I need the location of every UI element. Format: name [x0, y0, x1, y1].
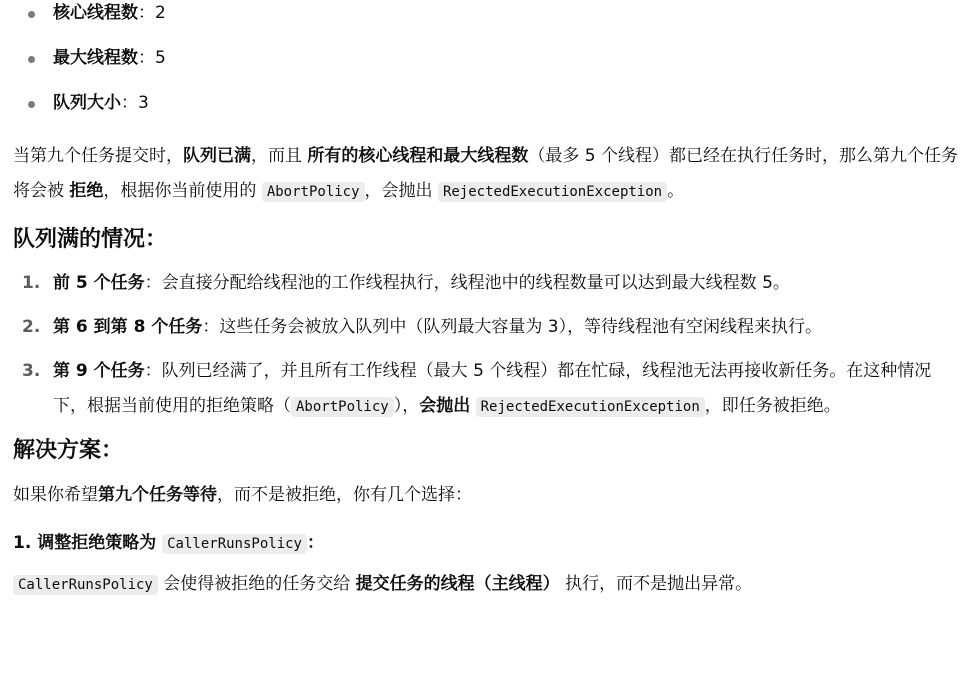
inline-code: RejectedExecutionException — [476, 397, 705, 417]
bold-text: 第 9 个任务 — [53, 361, 145, 381]
inline-code: RejectedExecutionException — [438, 182, 667, 202]
bold-text: 拒绝 — [69, 181, 103, 201]
config-label: 核心线程数 — [53, 3, 138, 23]
inline-code: AbortPolicy — [291, 397, 394, 417]
bold-text: 所有的核心线程和最大线程数 — [307, 146, 528, 166]
document: 核心线程数：2 最大线程数：5 队列大小：3 当第九个任务提交时，队列已满，而且… — [0, 0, 964, 603]
item-number: 3. — [22, 354, 40, 389]
inline-code: AbortPolicy — [262, 182, 365, 202]
text: ：会直接分配给线程池的工作线程执行，线程池中的线程数量可以达到最大线程数 5。 — [145, 273, 790, 293]
list-item: 队列大小：3 — [13, 90, 964, 135]
separator: ： — [121, 93, 138, 113]
text: ： — [307, 533, 324, 553]
config-value: 3 — [138, 93, 149, 113]
text: ，会抛出 — [365, 181, 438, 201]
text: ，即任务被拒绝。 — [705, 396, 841, 416]
text: 当第九个任务提交时， — [13, 146, 183, 166]
item-number: 1. — [22, 266, 40, 301]
text: ：这些任务会被放入队列中（队列最大容量为 3），等待线程池有空闲线程来执行。 — [202, 317, 822, 337]
option-description: CallerRunsPolicy 会使得被拒绝的任务交给 提交任务的线程（主线程… — [13, 567, 964, 603]
separator: ： — [138, 3, 155, 23]
text: 执行，而不是抛出异常。 — [560, 574, 752, 594]
queue-full-steps: 1.前 5 个任务：会直接分配给线程池的工作线程执行，线程池中的线程数量可以达到… — [13, 266, 964, 425]
item-number: 2. — [22, 310, 40, 345]
inline-code: CallerRunsPolicy — [162, 534, 307, 554]
section-heading-queue-full: 队列满的情况： — [13, 223, 964, 257]
list-item: 2.第 6 到第 8 个任务：这些任务会被放入队列中（队列最大容量为 3），等待… — [13, 310, 964, 345]
bold-text: 提交任务的线程（主线程） — [356, 574, 560, 594]
separator: ： — [138, 48, 155, 68]
text: 会使得被拒绝的任务交给 — [158, 574, 356, 594]
text: 如果你希望 — [13, 485, 98, 505]
bold-text: 前 5 个任务 — [53, 273, 145, 293]
text: ，根据你当前使用的 — [103, 181, 261, 201]
list-item: 核心线程数：2 — [13, 0, 964, 45]
list-item: 1.前 5 个任务：会直接分配给线程池的工作线程执行，线程池中的线程数量可以达到… — [13, 266, 964, 301]
list-item: 最大线程数：5 — [13, 45, 964, 90]
bold-text: 会抛出 — [419, 396, 470, 416]
text: 。 — [667, 181, 684, 201]
text: 1. 调整拒绝策略为 — [13, 533, 162, 553]
section-heading-solution: 解决方案： — [13, 434, 964, 468]
config-value: 5 — [155, 48, 166, 68]
bold-text: 队列已满 — [183, 146, 251, 166]
text: ，而不是被拒绝，你有几个选择： — [217, 485, 472, 505]
option-heading: 1. 调整拒绝策略为 CallerRunsPolicy： — [13, 528, 964, 559]
config-label: 队列大小 — [53, 93, 121, 113]
inline-code: CallerRunsPolicy — [13, 575, 158, 595]
solution-intro: 如果你希望第九个任务等待，而不是被拒绝，你有几个选择： — [13, 478, 964, 513]
bold-text: 第 6 到第 8 个任务 — [53, 317, 202, 337]
list-item: 3.第 9 个任务：队列已经满了，并且所有工作线程（最大 5 个线程）都在忙碌，… — [13, 354, 964, 425]
intro-paragraph: 当第九个任务提交时，队列已满，而且 所有的核心线程和最大线程数（最多 5 个线程… — [13, 139, 964, 210]
config-list: 核心线程数：2 最大线程数：5 队列大小：3 — [13, 0, 964, 135]
text: ，而且 — [251, 146, 307, 166]
bold-text: 第九个任务等待 — [98, 485, 217, 505]
config-value: 2 — [155, 3, 166, 23]
config-label: 最大线程数 — [53, 48, 138, 68]
text: ）， — [394, 396, 420, 416]
